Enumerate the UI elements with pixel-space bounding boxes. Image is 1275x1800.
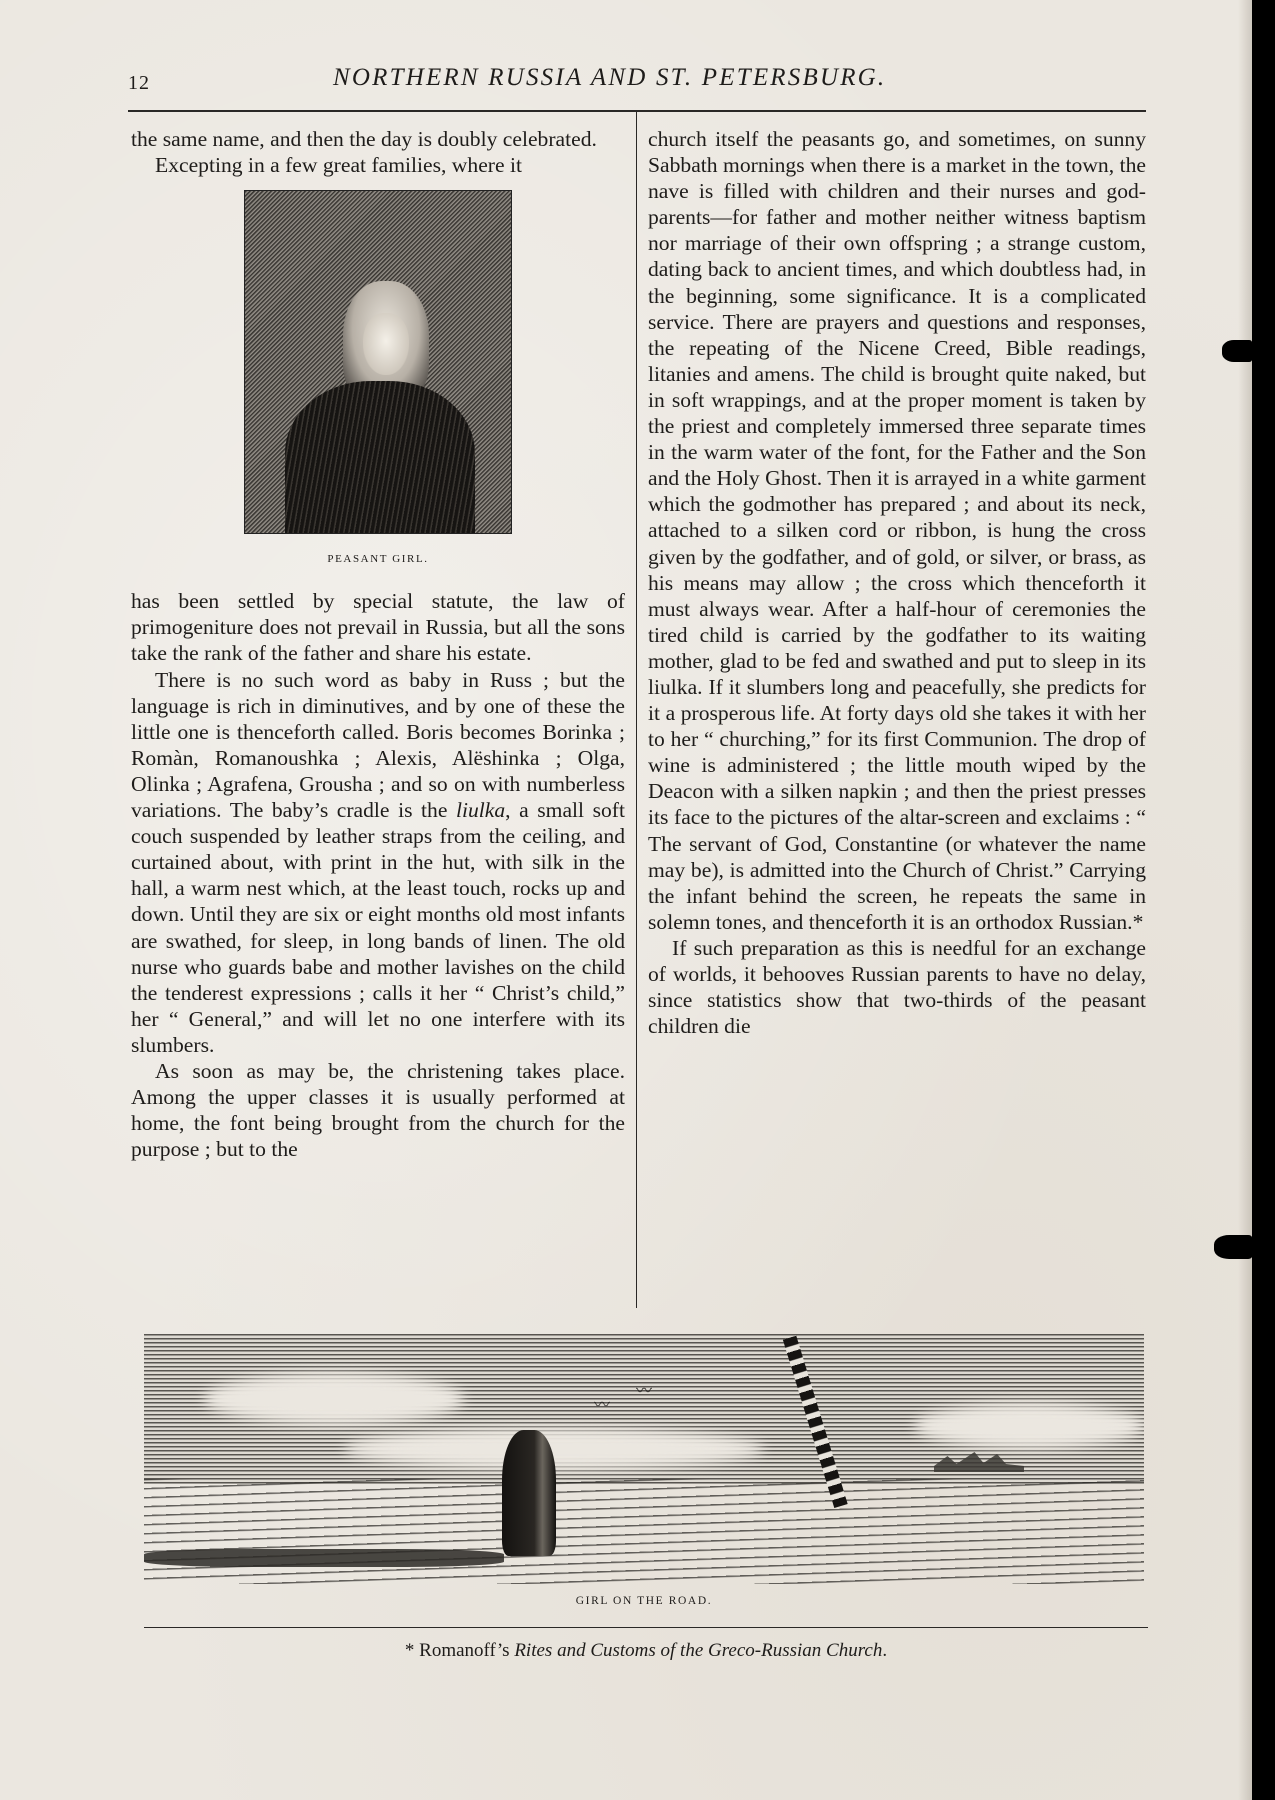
book-page: 12 NORTHERN RUSSIA AND ST. PETERSBURG. t… [0,0,1252,1800]
italic-term: liulka [456,798,505,822]
bird-icon: 〰 [636,1378,652,1401]
page-tear [1214,1235,1252,1259]
page-number: 12 [128,72,150,95]
paragraph: the same name, and then the day is doubl… [131,126,625,152]
header-rule [128,110,1146,112]
running-title: NORTHERN RUSSIA AND ST. PETERSBURG. [333,64,886,92]
footnote-marker: * Romanoff’s [405,1640,514,1661]
footnote: * Romanoff’s Rites and Customs of the Gr… [144,1640,1148,1662]
footnote-end: . [882,1640,887,1661]
figure-caption: GIRL ON THE ROAD. [144,1595,1144,1607]
girl-on-road-engraving-icon: 〰 〰 [144,1334,1144,1584]
figure-caption: PEASANT GIRL. [131,546,625,572]
right-column: church itself the peasants go, and somet… [648,126,1146,1039]
ground-shadow [144,1549,504,1567]
face-shape [363,313,409,375]
paragraph: Excepting in a few great families, where… [131,152,625,178]
footnote-title: Rites and Customs of the Greco-Russian C… [514,1640,882,1661]
paragraph: There is no such word as baby in Russ ; … [131,667,625,1058]
paragraph: church itself the peasants go, and somet… [648,126,1146,935]
text-run: , a small soft couch suspended by leathe… [131,798,625,1057]
paragraph: If such preparation as this is needful f… [648,935,1146,1039]
girl-figure [502,1430,556,1556]
paragraph: As soon as may be, the christening takes… [131,1058,625,1162]
cloud-shape [914,1404,1144,1448]
footnote-rule [144,1627,1148,1628]
page-edge-shadow [1238,0,1252,1800]
snow-ground [144,1479,1144,1584]
coat-shape [285,381,475,534]
left-column: the same name, and then the day is doubl… [131,126,625,1162]
paragraph: has been settled by special statute, the… [131,588,625,666]
peasant-girl-engraving-icon [244,190,512,534]
bird-icon: 〰 [594,1392,610,1415]
cloud-shape [204,1374,464,1424]
column-divider [636,112,637,1308]
page-tear [1222,340,1252,362]
running-head: 12 NORTHERN RUSSIA AND ST. PETERSBURG. [128,64,1068,98]
